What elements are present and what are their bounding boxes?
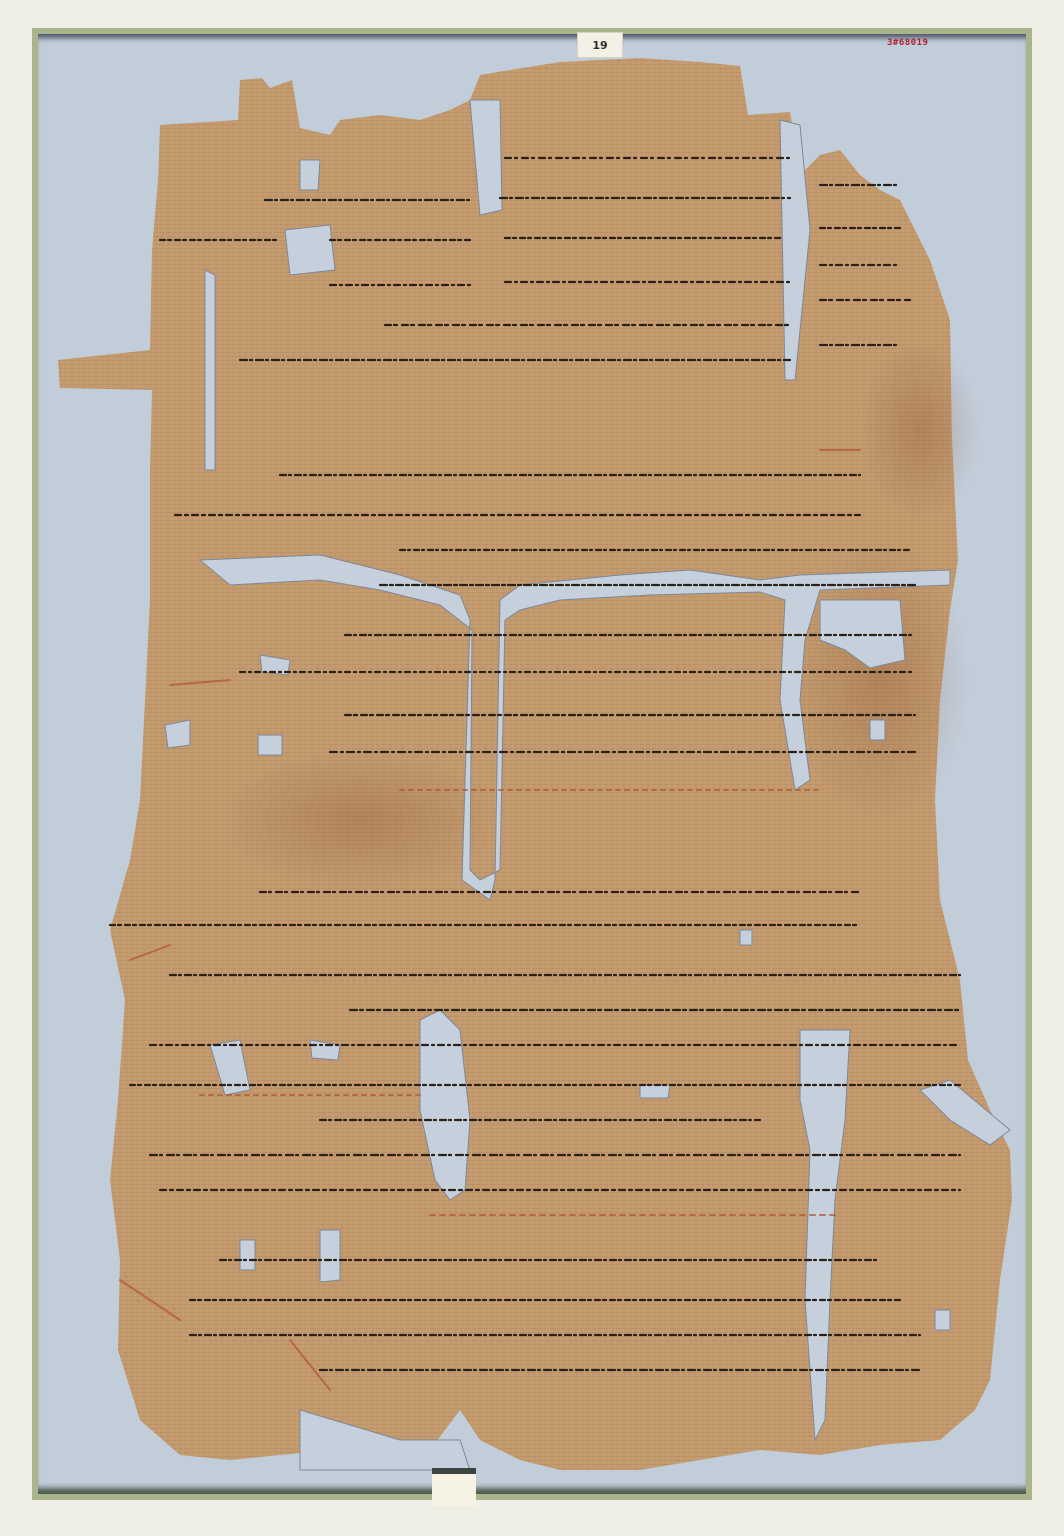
bottom-label-tag bbox=[432, 1468, 476, 1506]
papyrus-sheet bbox=[0, 0, 1064, 1536]
picture-frame: 19 3#68019 bbox=[0, 0, 1064, 1536]
frame-number-label: 19 bbox=[577, 32, 623, 58]
inventory-stamp: 3#68019 bbox=[887, 38, 928, 48]
